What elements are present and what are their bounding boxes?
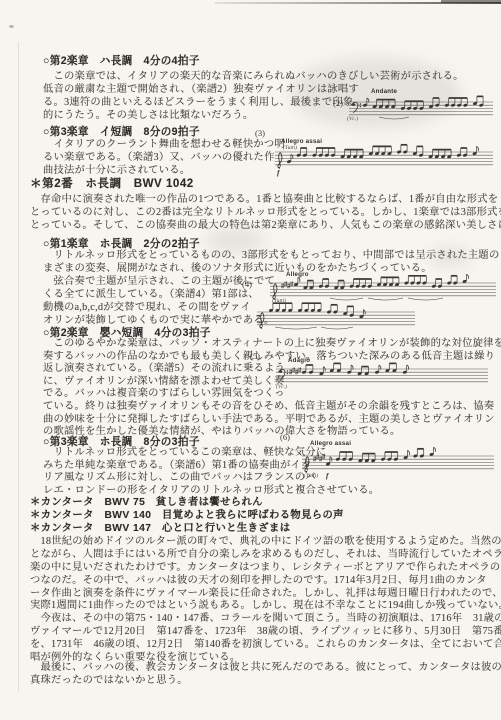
scan-edge-top-corner bbox=[441, 0, 501, 3]
text-line: を、1731年 46歳の頃、12月2日 第140番を初演している。これらのカンタ… bbox=[30, 639, 501, 652]
paragraph-closing: 最後に、バッハの後、教会カンタータは彼と共に死んだのである。彼にとって、カンター… bbox=[30, 662, 501, 688]
text-line: イタリアのクーラント舞曲を想わせる軽快かつ明 bbox=[43, 138, 285, 151]
text-line: とながら、人間は手にはいる所で自分の楽しみを求めるものだし、それは、当時流行して… bbox=[30, 549, 501, 562]
text-line: とっている。そして、この協奏曲の最大の特色は第2楽章にあり、人気もこの楽章の感銘… bbox=[30, 219, 501, 232]
musical-staff-icon bbox=[255, 302, 417, 334]
paragraph-concerto2-intro: 存命中に演奏された唯一の作品の1つである。1番と協奏曲と比較するならば、1番が自… bbox=[30, 193, 501, 232]
musical-staff-icon bbox=[268, 273, 498, 305]
dynamic-marking: f bbox=[277, 168, 279, 177]
text-line: つなのだ。その中で、バッハは彼の天才の刻印を押したのです。1714年3月2日、毎… bbox=[30, 575, 501, 588]
music-example-4-line1: (4) Allegro (Tutti) bbox=[242, 271, 498, 305]
text-line: 曲の妙味を十分に発揮したすばらしい手法である。平明であるが、主題の美しさとヴァイ… bbox=[43, 414, 501, 427]
musical-staff-icon bbox=[300, 446, 496, 478]
dynamic-marking: f bbox=[326, 471, 328, 480]
heading-movement2-c-major: ○第2楽章 ハ長調 4分の4拍子 bbox=[43, 53, 200, 68]
music-example-4-line2 bbox=[247, 302, 417, 334]
music-example-6: (6) Allegro assai (Tutti) f bbox=[280, 430, 496, 482]
text-line: この楽章では、イタリアの楽天的な音楽にみられぬバッハのきびしい芸術が示される。 bbox=[43, 70, 464, 83]
figure-number: (5) bbox=[250, 351, 260, 361]
text-line: 実際1週間に1曲作ったのではという説もある。しかし、現在は不幸なことに194曲し… bbox=[30, 600, 501, 613]
musical-staff-icon bbox=[349, 92, 495, 124]
text-line: 最後に、バッハの後、教会カンタータは彼と共に死んだのである。彼にとって、カンター… bbox=[30, 662, 501, 675]
figure-number: (2) bbox=[333, 98, 343, 108]
text-line: このゆるやかな楽章は、バッソ・オスティナートの上に独奏ヴァイオリンが装飾的な対位… bbox=[43, 338, 501, 351]
text-line: ＊カンタータ BWV 140 目覚めよと我らに呼ばわる物見らの声 bbox=[30, 510, 344, 523]
text-line: 18世紀の始めドイツのルター派の町々で、典礼の中にドイツ語の歌を使用するよう定め… bbox=[30, 536, 501, 549]
text-line: るい楽章である。（楽譜3）又、バッハの優れた作 bbox=[43, 151, 285, 164]
paragraph-movement3-a-minor: イタリアのクーラント舞曲を想わせる軽快かつ明るい楽章である。（楽譜3）又、バッハ… bbox=[43, 138, 285, 177]
text-line: ている。終りは独奏ヴァイオリンもその音をひそめ、低音主題がその余韻を残すところは… bbox=[43, 401, 501, 414]
text-line: とっているのに対し、この2番は完全なリトルネッロ形式をとっている。しかし、1楽章… bbox=[30, 206, 501, 219]
text-line: レエ・ロンドーの形をイタリアのリトルネッロ形式と複合させている。 bbox=[43, 485, 379, 498]
text-line: ヴァイマールで12月20日 第147番を、1723年 38歳の頃、ライプツィッヒ… bbox=[30, 626, 501, 639]
text-line: 今夜は、その中の第75・140・147番、コラールを聞いて頂こう。当時の初演順は… bbox=[30, 613, 501, 626]
text-line: 真珠だったのではないかと思う。 bbox=[30, 675, 501, 688]
heading-concerto2-e-major: ＊第2番 ホ長調 BWV 1042 bbox=[30, 175, 194, 191]
scan-speck bbox=[9, 25, 14, 28]
figure-number: (3) bbox=[255, 128, 265, 138]
text-line: ＊カンタータ BWV 75 貧しき者は饗せられん bbox=[30, 497, 344, 510]
text-line: ＊カンタータ BWV 147 心と口と行いと生きざまは bbox=[30, 523, 344, 536]
scanned-page: ○第2楽章 ハ長調 4分の4拍子 この楽章では、イタリアの楽天的な音楽にみられぬ… bbox=[0, 0, 501, 720]
music-example-3: (3) Allegro assai (Tutti) f bbox=[253, 128, 495, 180]
tutti-label: (Tutti) bbox=[304, 473, 318, 479]
scan-edge-top bbox=[215, 2, 501, 4]
heading-movement3-a-minor: ○第3楽章 イ短調 8分の9拍子 bbox=[43, 124, 200, 139]
text-line: 楽の中に見いだされたわけです。カンタータはつまり、レシタティーボとアリアで作られ… bbox=[30, 562, 501, 575]
figure-number: (4) bbox=[242, 279, 252, 289]
musical-staff-icon bbox=[274, 359, 490, 391]
text-line: 存命中に演奏された唯一の作品の1つである。1番と協奏曲と比較するならば、1番が自… bbox=[30, 193, 501, 206]
instrument-label: (Vc.) bbox=[276, 384, 287, 390]
text-line: ータ作曲と演奏を条件にヴァイマール楽長に任命された。しかし、礼拝は毎週日曜日行わ… bbox=[30, 588, 501, 601]
scan-fold-line bbox=[18, 42, 19, 692]
cantata-program-list: ＊カンタータ BWV 75 貧しき者は饗せられん＊カンタータ BWV 140 目… bbox=[30, 497, 344, 536]
paragraph-cantata-essay: 18世紀の始めドイツのルター派の町々で、典礼の中にドイツ語の歌を使用するよう定め… bbox=[30, 536, 501, 665]
music-example-2: (2) Andante (Vc.) bbox=[333, 88, 495, 130]
musical-staff-icon bbox=[273, 142, 495, 176]
music-example-5: (5) Adagio (Vc.) bbox=[250, 351, 492, 397]
figure-number: (6) bbox=[280, 432, 290, 442]
instrument-label: (Vc.) bbox=[347, 116, 358, 122]
text-line: リトルネッロ形式をとっているものの、3部形式をもとっており、中間部では呈示された… bbox=[43, 249, 501, 262]
